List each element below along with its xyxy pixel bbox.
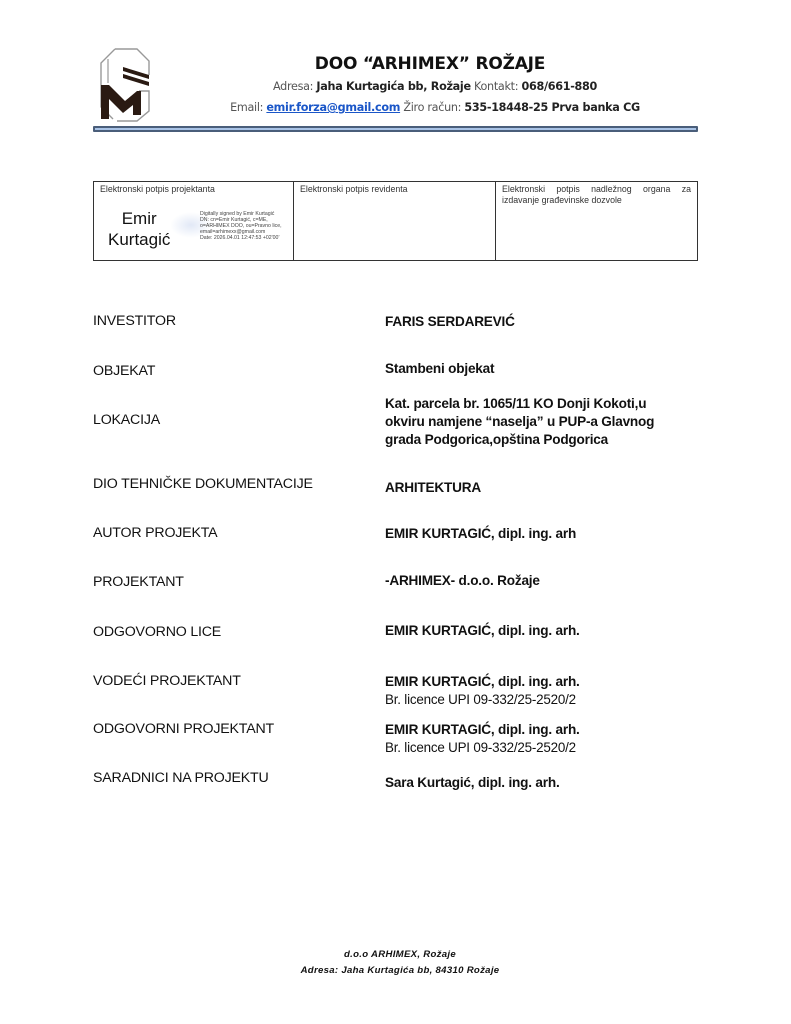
- cell-heading: Elektronski potpis projektanta: [100, 184, 287, 195]
- info-value: EMIR KURTAGIĆ, dipl. ing. arh. Br. licen…: [385, 721, 715, 757]
- address-value: Jaha Kurtagića bb, Rožaje: [316, 80, 470, 93]
- license-number: Br. licence UPI 09-332/25-2520/2: [385, 691, 715, 709]
- info-value: FARIS SERDAREVIĆ: [385, 313, 715, 331]
- info-value: EMIR KURTAGIĆ, dipl. ing. arh: [385, 525, 715, 543]
- info-label: LOKACIJA: [93, 412, 160, 428]
- info-label: ODGOVORNI PROJEKTANT: [93, 721, 274, 737]
- email-label: Email:: [230, 101, 263, 114]
- signature-details: Digitally signed by Emir Kurtagić DN: cn…: [200, 211, 282, 241]
- responsible-designer-name: EMIR KURTAGIĆ, dipl. ing. arh.: [385, 722, 580, 737]
- signature-table: Elektronski potpis projektanta Emir Kurt…: [93, 181, 698, 261]
- info-label: PROJEKTANT: [93, 574, 184, 590]
- footer-company: d.o.o ARHIMEX, Rožaje: [200, 949, 600, 960]
- info-label: ODGOVORNO LICE: [93, 624, 221, 640]
- cell-heading: Elektronski potpis nadležnog organa za i…: [502, 184, 691, 206]
- info-value: ARHITEKTURA: [385, 479, 715, 497]
- authority-signature-cell[interactable]: Elektronski potpis nadležnog organa za i…: [496, 182, 697, 260]
- designer-signature-cell[interactable]: Elektronski potpis projektanta Emir Kurt…: [94, 182, 294, 260]
- location-line: grada Podgorica,opština Podgorica: [385, 431, 715, 449]
- signer-name: Emir Kurtagić: [108, 208, 170, 250]
- company-name: DOO “ARHIMEX” ROŽAJE: [240, 54, 620, 74]
- footer-address: Adresa: Jaha Kurtagića bb, 84310 Rožaje: [200, 965, 600, 976]
- lead-designer-name: EMIR KURTAGIĆ, dipl. ing. arh.: [385, 674, 580, 689]
- arhimex-logo-icon: [93, 45, 159, 125]
- info-value: -ARHIMEX- d.o.o. Rožaje: [385, 572, 715, 590]
- cell-heading: Elektronski potpis revidenta: [300, 184, 489, 195]
- signature-detail-line: Date: 2026.04.01 12:47:53 +02'00': [200, 235, 282, 241]
- info-label: AUTOR PROJEKTA: [93, 525, 217, 541]
- signer-first-name: Emir: [108, 208, 170, 229]
- location-line: Kat. parcela br. 1065/11 KO Donji Kokoti…: [385, 395, 715, 413]
- email-link[interactable]: emir.forza@gmail.com: [266, 101, 400, 114]
- address-label: Adresa:: [273, 80, 313, 93]
- signer-last-name: Kurtagić: [108, 229, 170, 250]
- info-label: SARADNICI NA PROJEKTU: [93, 770, 269, 786]
- info-value: Stambeni objekat: [385, 360, 715, 378]
- contact-value: 068/661-880: [522, 80, 598, 93]
- address-line: Adresa: Jaha Kurtagića bb, Rožaje Kontak…: [170, 80, 700, 93]
- email-line: Email: emir.forza@gmail.com Žiro račun: …: [170, 101, 700, 114]
- header-divider: [93, 126, 698, 132]
- account-value: 535-18448-25 Prva banka CG: [464, 101, 639, 114]
- info-value: EMIR KURTAGIĆ, dipl. ing. arh. Br. licen…: [385, 673, 715, 709]
- location-line: okviru namjene “naselja” u PUP-a Glavnog: [385, 413, 715, 431]
- info-label: INVESTITOR: [93, 313, 176, 329]
- info-value: Kat. parcela br. 1065/11 KO Donji Kokoti…: [385, 395, 715, 449]
- info-label: VODEĆI PROJEKTANT: [93, 673, 241, 689]
- info-label: OBJEKAT: [93, 363, 155, 379]
- info-label: DIO TEHNIČKE DOKUMENTACIJE: [93, 476, 313, 492]
- contact-label: Kontakt:: [474, 80, 518, 93]
- reviewer-signature-cell[interactable]: Elektronski potpis revidenta: [294, 182, 496, 260]
- info-value: Sara Kurtagić, dipl. ing. arh.: [385, 774, 715, 792]
- info-value: EMIR KURTAGIĆ, dipl. ing. arh.: [385, 622, 715, 640]
- account-label: Žiro račun:: [403, 101, 461, 114]
- license-number: Br. licence UPI 09-332/25-2520/2: [385, 739, 715, 757]
